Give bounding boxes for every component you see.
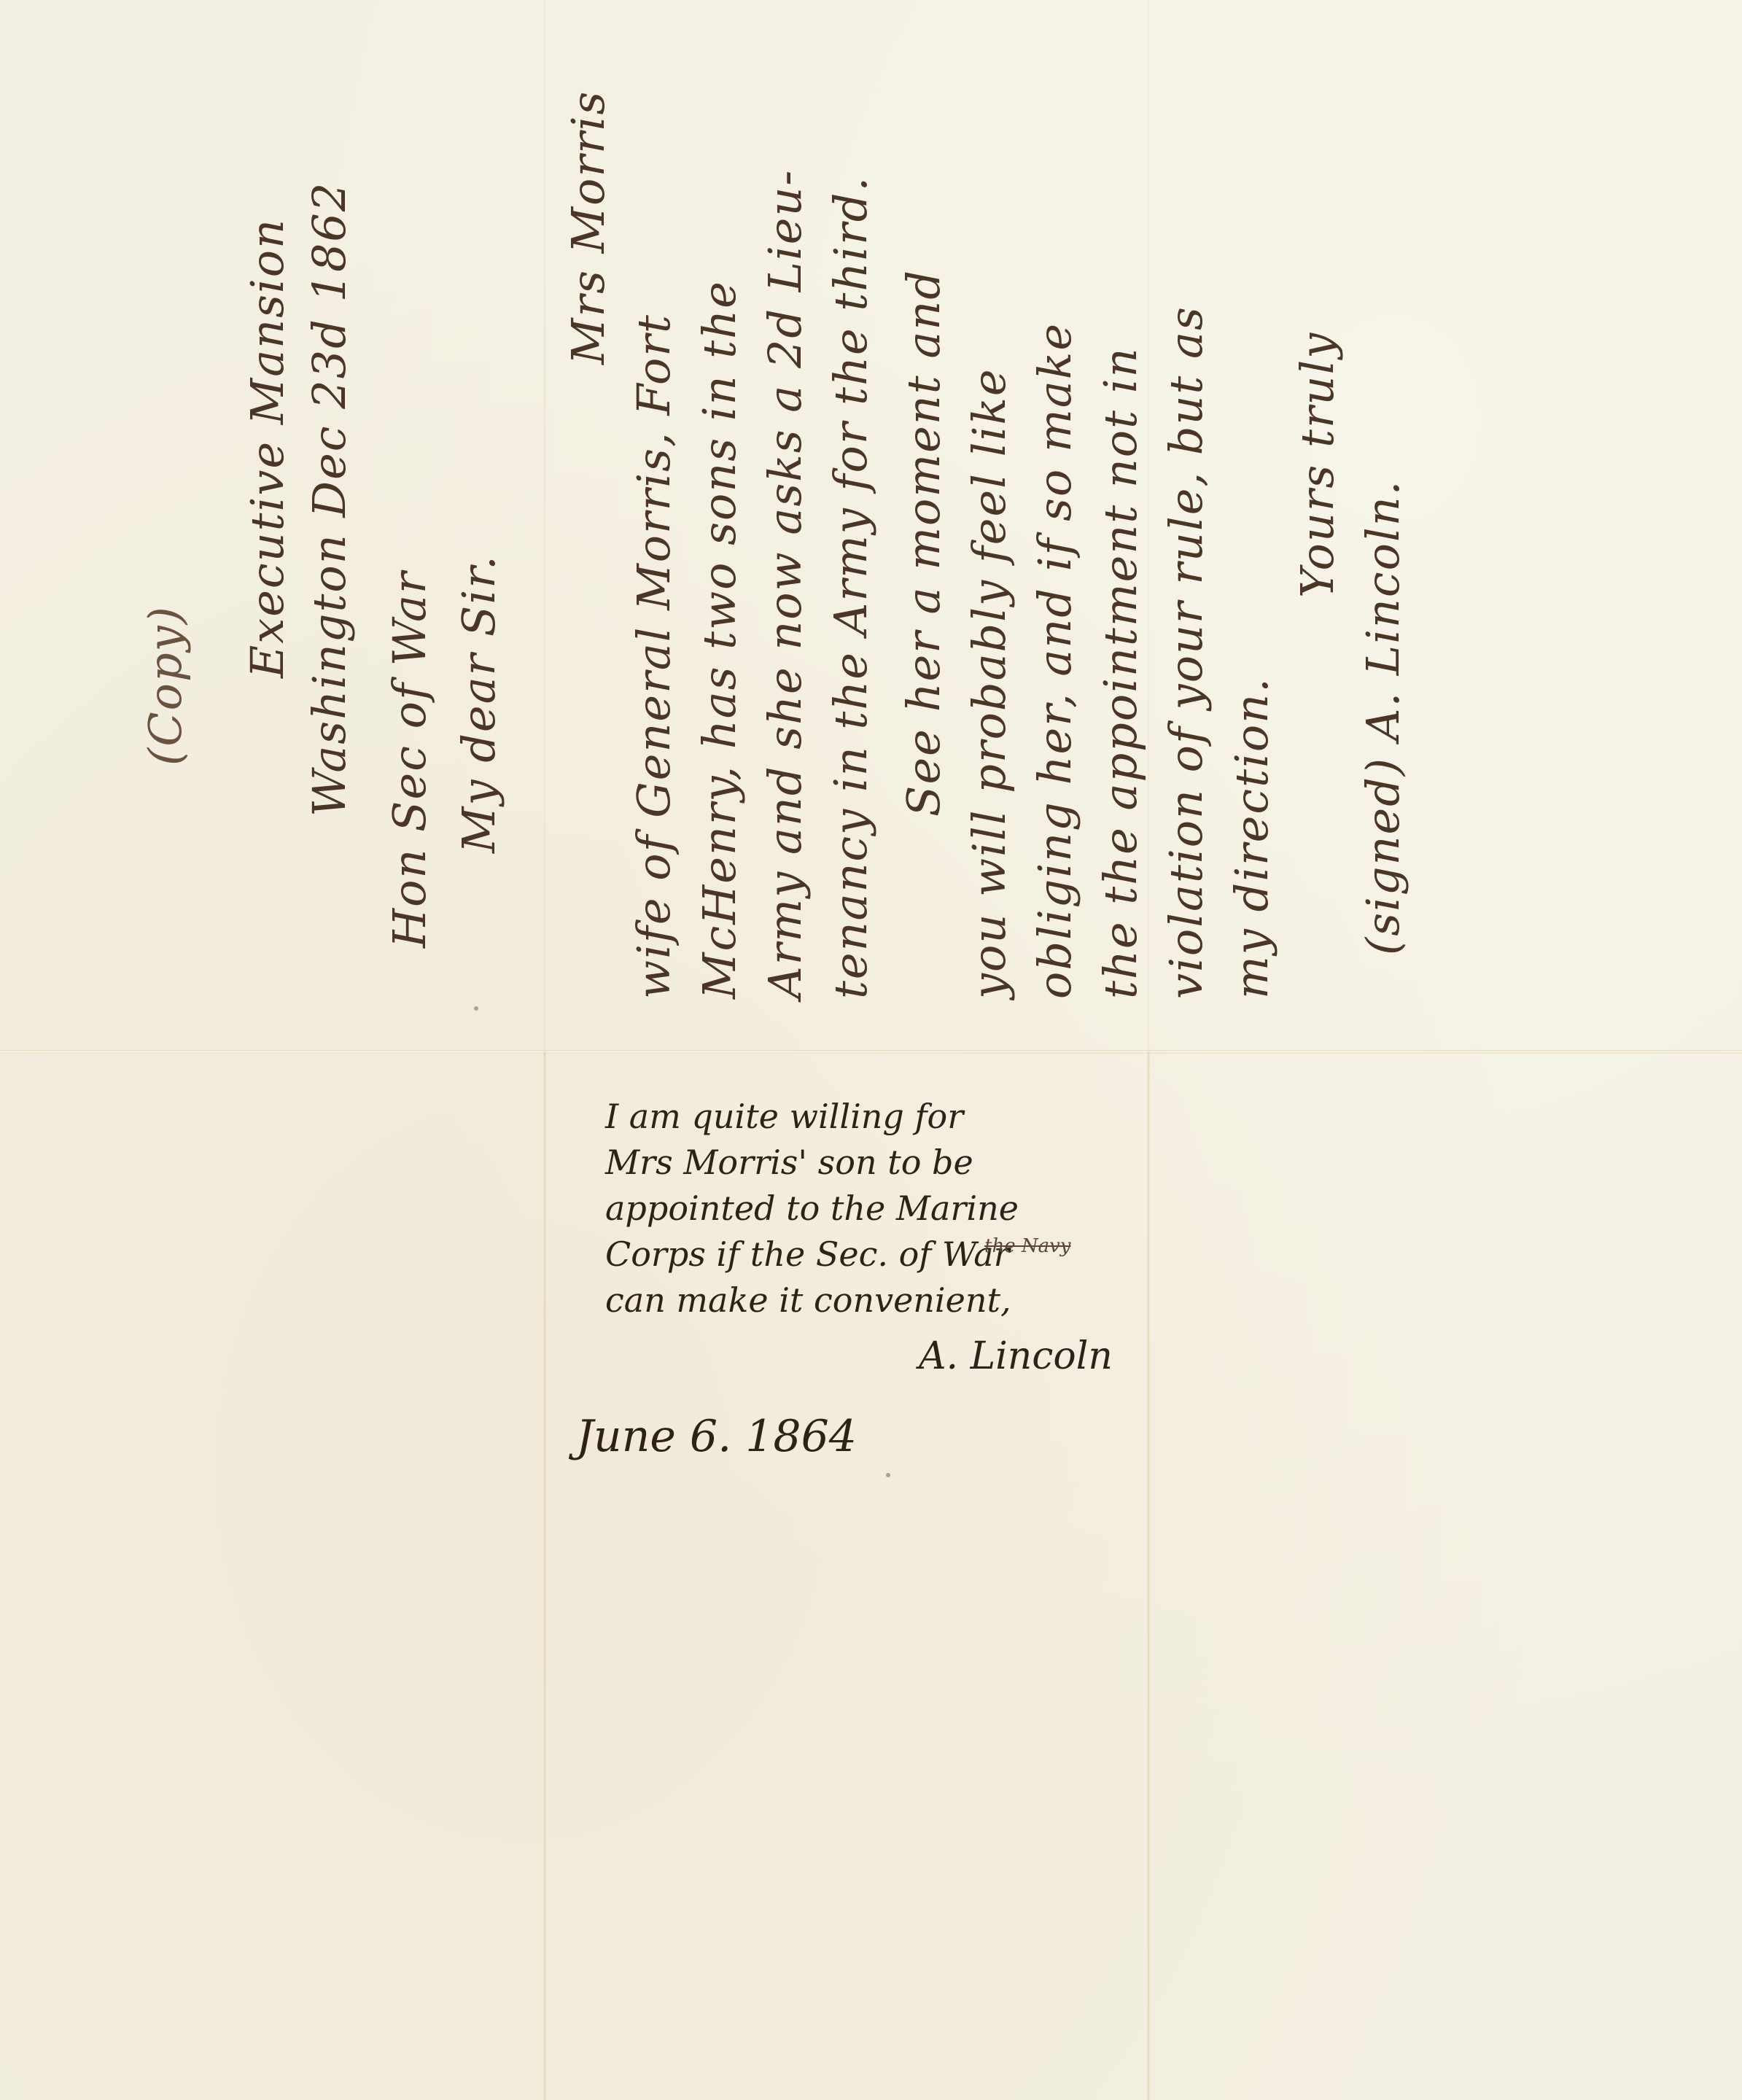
letter-body-line: my direction. — [1225, 677, 1278, 999]
letter-body-line: you will probably feel like — [963, 367, 1016, 999]
letter-body-line: obliging her, and if so make — [1028, 322, 1081, 999]
letter-salutation: My dear Sir. — [452, 554, 505, 853]
letter-body-line: violation of your rule, but as — [1159, 306, 1213, 999]
letter-body-line: Mrs Morris — [561, 90, 615, 365]
letter-body-line: McHenry, has two sons in the — [693, 280, 746, 999]
endorsement-line: appointed to the Marine — [605, 1186, 1159, 1232]
letter-copy-label: (Copy) — [139, 605, 192, 766]
vertical-fold-right-upper — [1147, 0, 1150, 1050]
vertical-fold-left-upper — [543, 0, 546, 1050]
paper-speck — [474, 1006, 478, 1011]
endorsement-line: I am quite willing for — [605, 1094, 1159, 1140]
endorsement-line: can make it convenient, — [605, 1277, 1159, 1323]
letter-body-line: the the appointment not in — [1094, 346, 1147, 999]
letter-addressee: Hon Sec of War — [383, 570, 436, 948]
letter-closing: Yours truly — [1291, 332, 1344, 598]
letter-paper: (Copy) Executive Mansion Washington Dec … — [0, 0, 1742, 2100]
paper-speck — [886, 1473, 890, 1477]
letter-heading-mansion: Executive Mansion — [241, 218, 294, 678]
endorsement-date: June 6. 1864 — [576, 1411, 857, 1462]
letter-body-line: Army and she now asks a 2d Lieu- — [758, 169, 812, 999]
endorsement-block: I am quite willing for Mrs Morris' son t… — [605, 1094, 1159, 1323]
letter-heading-date: Washington Dec 23d 1862 — [303, 182, 356, 817]
letter-body-line: tenancy in the Army for the third. — [824, 176, 877, 999]
letter-body-line: wife of General Morris, Fort — [627, 314, 680, 999]
endorsement-insertion: the Navy — [984, 1224, 1070, 1269]
endorsement-line: Mrs Morris' son to be — [605, 1140, 1159, 1186]
letter-body-line: See her a moment and — [897, 269, 950, 817]
endorsement-line: Corps if the Sec. of War — [605, 1232, 1159, 1277]
endorsement-signature: A. Lincoln — [919, 1334, 1113, 1378]
horizontal-fold — [0, 1050, 1742, 1054]
vertical-fold-left — [543, 1051, 546, 2100]
letter-signature: (signed) A. Lincoln. — [1356, 480, 1409, 955]
